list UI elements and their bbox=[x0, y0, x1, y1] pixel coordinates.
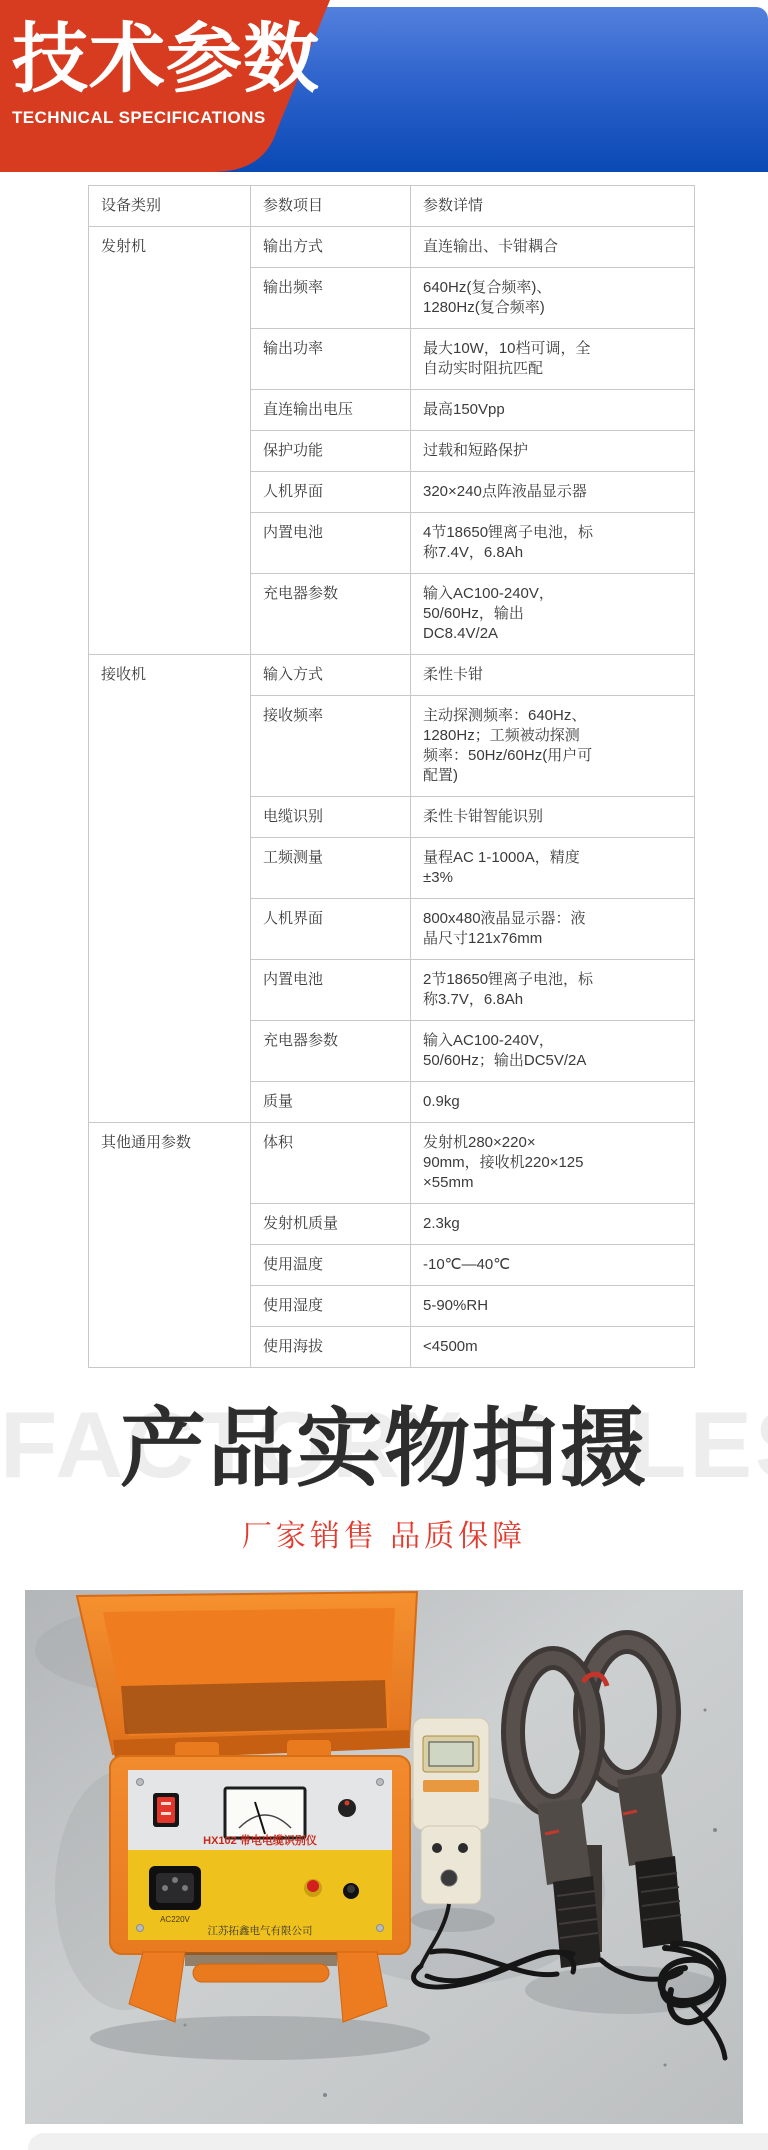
param-value-cell: -10℃—40℃ bbox=[411, 1245, 695, 1286]
param-value-cell: 320×240点阵液晶显示器 bbox=[411, 472, 695, 513]
showcase-subtitle: 厂家销售 品质保障 bbox=[0, 1520, 768, 1553]
company-label: 江苏拓鑫电气有限公司 bbox=[208, 1924, 313, 1937]
spec-table: 设备类别 参数项目 参数详情 发射机 输出方式 直连输出、卡钳耦合 输出频率64… bbox=[88, 185, 695, 1368]
col-header-param: 参数项目 bbox=[251, 186, 411, 227]
receiver-jack-2 bbox=[458, 1843, 468, 1853]
red-terminal bbox=[304, 1879, 322, 1897]
table-row: 接收机 输入方式 柔性卡钳 bbox=[89, 655, 695, 696]
param-name-cell: 输出功率 bbox=[251, 329, 411, 390]
param-name-cell: 输入方式 bbox=[251, 655, 411, 696]
param-value-cell: 最大10W，10档可调，全 自动实时阻抗匹配 bbox=[411, 329, 695, 390]
param-name-cell: 输出频率 bbox=[251, 268, 411, 329]
spec-table-wrapper: 设备类别 参数项目 参数详情 发射机 输出方式 直连输出、卡钳耦合 输出频率64… bbox=[88, 185, 695, 1368]
output-knob bbox=[338, 1799, 356, 1817]
receiver-shadow bbox=[411, 1908, 495, 1932]
category-cell: 接收机 bbox=[89, 655, 251, 1123]
case-lid bbox=[77, 1592, 417, 1760]
analog-meter bbox=[225, 1788, 305, 1838]
param-name-cell: 输出方式 bbox=[251, 227, 411, 268]
param-value-cell: 主动探测频率：640Hz、 1280Hz；工频被动探测 频率：50Hz/60Hz… bbox=[411, 696, 695, 797]
param-value-cell: 过载和短路保护 bbox=[411, 431, 695, 472]
param-name-cell: 电缆识别 bbox=[251, 797, 411, 838]
param-name-cell: 体积 bbox=[251, 1123, 411, 1204]
param-name-cell: 直连输出电压 bbox=[251, 390, 411, 431]
param-value-cell: 640Hz(复合频率)、 1280Hz(复合频率) bbox=[411, 268, 695, 329]
param-value-cell: 2节18650锂离子电池，标 称3.7V，6.8Ah bbox=[411, 960, 695, 1021]
table-header-row: 设备类别 参数项目 参数详情 bbox=[89, 186, 695, 227]
next-section-card bbox=[28, 2133, 768, 2150]
param-value-cell: 柔性卡钳智能识别 bbox=[411, 797, 695, 838]
receiver-jack-1 bbox=[432, 1843, 442, 1853]
param-value-cell: 800x480液晶显示器：液 晶尺寸121x76mm bbox=[411, 899, 695, 960]
transmitter-case: HX102 带电电缆识别仪 AC220V 江苏拓鑫电气有限公司 bbox=[110, 1740, 410, 2022]
param-value-cell: 输入AC100-240V， 50/60Hz，输出 DC8.4V/2A bbox=[411, 574, 695, 655]
col-header-detail: 参数详情 bbox=[411, 186, 695, 227]
param-name-cell: 发射机质量 bbox=[251, 1204, 411, 1245]
receiver-lcd bbox=[429, 1742, 473, 1766]
param-name-cell: 人机界面 bbox=[251, 472, 411, 513]
receiver-label-strip bbox=[423, 1780, 479, 1792]
param-value-cell: 量程AC 1-1000A，精度 ±3% bbox=[411, 838, 695, 899]
param-name-cell: 质量 bbox=[251, 1082, 411, 1123]
param-name-cell: 内置电池 bbox=[251, 960, 411, 1021]
param-name-cell: 充电器参数 bbox=[251, 574, 411, 655]
table-row: 发射机 输出方式 直连输出、卡钳耦合 bbox=[89, 227, 695, 268]
param-name-cell: 工频测量 bbox=[251, 838, 411, 899]
param-name-cell: 人机界面 bbox=[251, 899, 411, 960]
black-terminal bbox=[343, 1883, 359, 1899]
param-value-cell: 5-90%RH bbox=[411, 1286, 695, 1327]
showcase-title: 产品实物拍摄 bbox=[0, 1406, 768, 1492]
ac-socket-label: AC220V bbox=[160, 1915, 190, 1924]
param-name-cell: 使用海拔 bbox=[251, 1327, 411, 1368]
device-model-label: HX102 带电电缆识别仪 bbox=[203, 1833, 317, 1847]
param-value-cell: 发射机280×220× 90mm，接收机220×125 ×55mm bbox=[411, 1123, 695, 1204]
param-name-cell: 使用温度 bbox=[251, 1245, 411, 1286]
product-detail-page: 技术参数 TECHNICAL SPECIFICATIONS 设备类别 参数项目 … bbox=[0, 0, 768, 2150]
page-subtitle: TECHNICAL SPECIFICATIONS bbox=[12, 108, 266, 128]
param-value-cell: 2.3kg bbox=[411, 1204, 695, 1245]
param-value-cell: <4500m bbox=[411, 1327, 695, 1368]
param-name-cell: 接收频率 bbox=[251, 696, 411, 797]
product-photo: HX102 带电电缆识别仪 AC220V 江苏拓鑫电气有限公司 bbox=[25, 1590, 743, 2124]
ac-socket bbox=[149, 1866, 201, 1910]
param-name-cell: 内置电池 bbox=[251, 513, 411, 574]
table-row: 其他通用参数 体积 发射机280×220× 90mm，接收机220×125 ×5… bbox=[89, 1123, 695, 1204]
param-value-cell: 柔性卡钳 bbox=[411, 655, 695, 696]
page-title: 技术参数 bbox=[12, 18, 320, 102]
param-value-cell: 直连输出、卡钳耦合 bbox=[411, 227, 695, 268]
receiver-connector bbox=[441, 1870, 457, 1886]
power-switch bbox=[153, 1793, 179, 1827]
param-name-cell: 保护功能 bbox=[251, 431, 411, 472]
category-cell: 发射机 bbox=[89, 227, 251, 655]
param-value-cell: 输入AC100-240V， 50/60Hz；输出DC5V/2A bbox=[411, 1021, 695, 1082]
col-header-category: 设备类别 bbox=[89, 186, 251, 227]
hero-banner: 技术参数 TECHNICAL SPECIFICATIONS bbox=[0, 0, 768, 172]
param-name-cell: 使用湿度 bbox=[251, 1286, 411, 1327]
param-value-cell: 4节18650锂离子电池，标 称7.4V，6.8Ah bbox=[411, 513, 695, 574]
param-name-cell: 充电器参数 bbox=[251, 1021, 411, 1082]
param-value-cell: 最高150Vpp bbox=[411, 390, 695, 431]
param-value-cell: 0.9kg bbox=[411, 1082, 695, 1123]
case-shadow bbox=[90, 2016, 430, 2060]
category-cell: 其他通用参数 bbox=[89, 1123, 251, 1368]
